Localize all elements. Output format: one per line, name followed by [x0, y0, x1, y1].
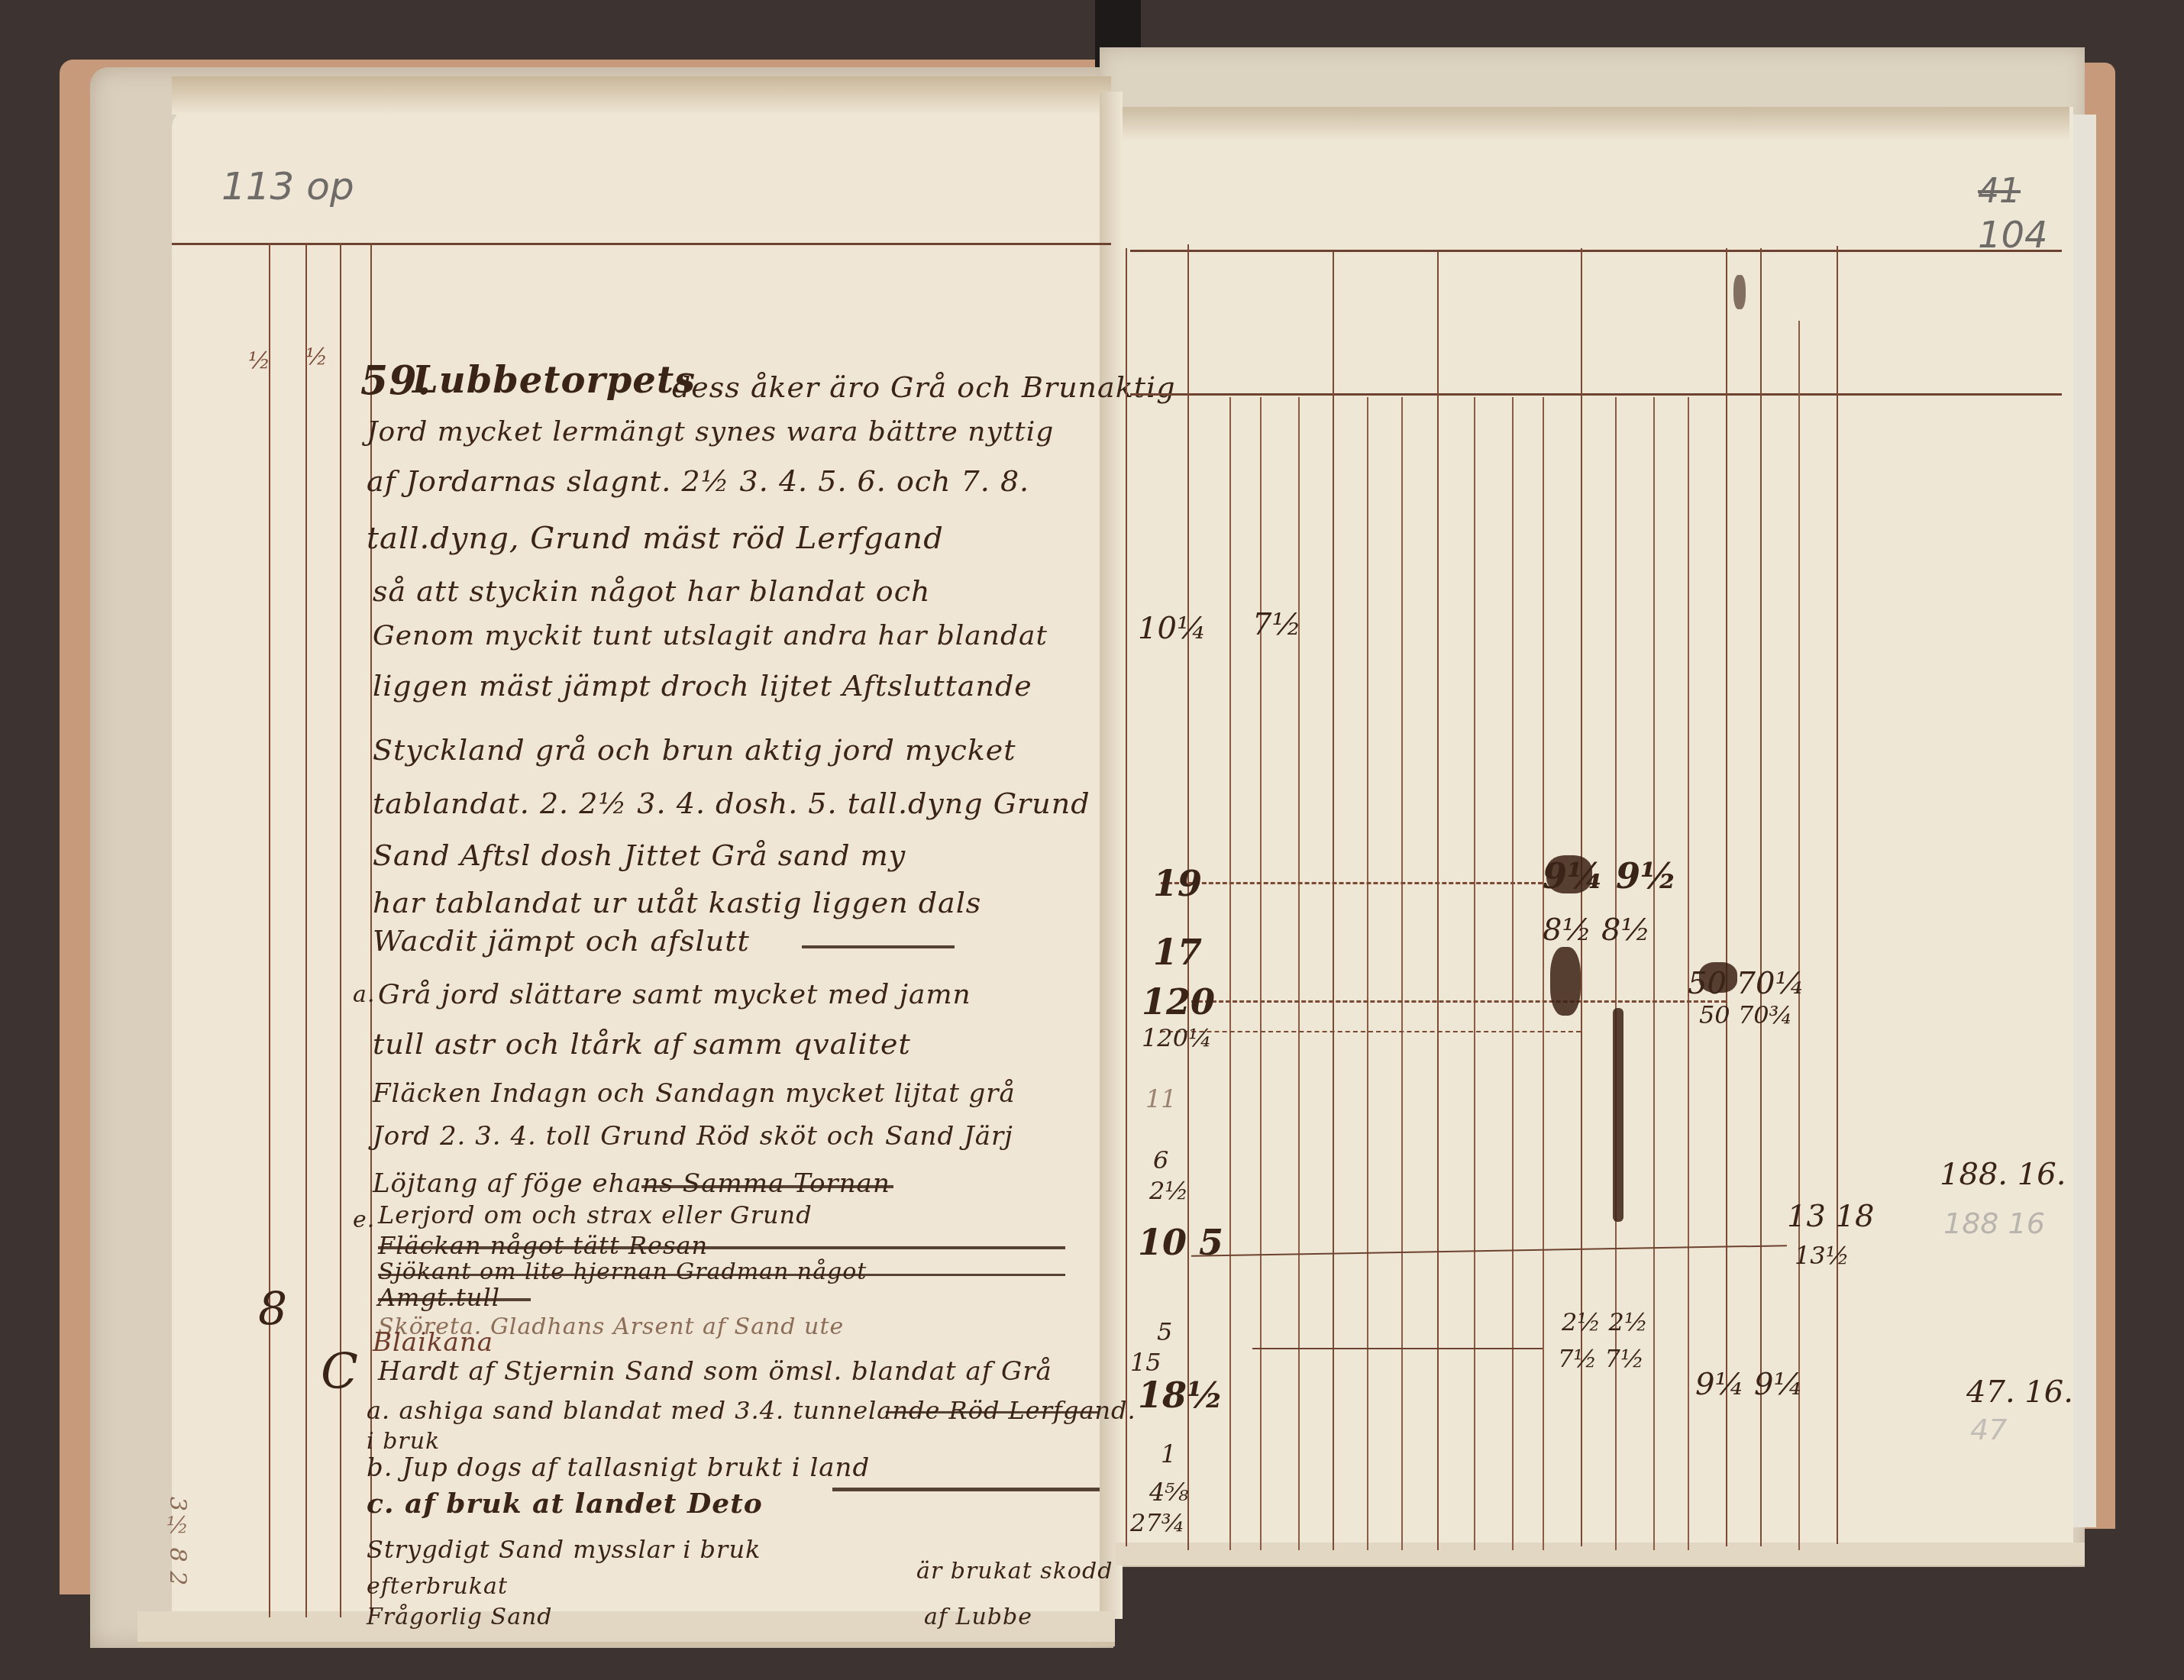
margin-fraction-2: ½: [305, 344, 328, 370]
text-line: Fläckan något tätt Resan: [378, 1231, 708, 1260]
left-page-top-stain: [172, 76, 1111, 115]
right-col-rule: [1760, 248, 1762, 1546]
right-col-rule: [1367, 397, 1368, 1550]
ink-drip: [1613, 1008, 1623, 1222]
right-col-rule: [1474, 397, 1475, 1550]
value-r3-c1: 17: [1153, 932, 1202, 973]
text-line: c. af bruk at landet Deto: [367, 1488, 763, 1520]
left-margin-rule-3: [340, 243, 341, 1617]
right-col-rule: [1653, 397, 1655, 1550]
value-r9-c1: 10 5: [1138, 1222, 1223, 1263]
margin-bottom-notes: 3½ 8 2: [164, 1497, 191, 1586]
value-r11-c1: 15: [1130, 1348, 1161, 1377]
margin-total-pencil-2: 47: [1970, 1413, 2007, 1446]
right-col-rule: [1615, 397, 1617, 1550]
strikethrough: [378, 1246, 1065, 1249]
strikethrough: [378, 1274, 1065, 1276]
text-line: Wacdit jämpt och afslutt: [373, 924, 750, 958]
value-r1-c2: 7½: [1252, 607, 1301, 642]
text-line: Fläcken Indagn och Sandagn mycket lijtat…: [373, 1078, 1016, 1109]
value-r4-right: 50 70¼: [1688, 966, 1804, 1001]
value-r1-c1: 10¼: [1138, 611, 1207, 646]
text-line: i bruk: [367, 1428, 440, 1455]
text-line: tall.dyng, Grund mäst röd Lerfgand: [367, 521, 944, 556]
text-line: så att styckin något har blandat och: [373, 574, 930, 608]
text-line: dess åker äro Grå och Brunaktig: [672, 370, 1176, 404]
text-line: Löjtang af föge ehans Samma Tornan: [373, 1168, 890, 1199]
value-r4-c1: 120: [1142, 981, 1215, 1023]
right-col-rule: [1543, 397, 1544, 1550]
text-line: efterbrukat: [367, 1573, 508, 1600]
margin-total-pencil-1: 188 16: [1943, 1207, 2045, 1240]
left-header-rule: [172, 243, 1111, 245]
text-line: Jord mycket lermängt synes wara bättre n…: [367, 416, 1054, 447]
margin-fraction-1: ½: [248, 347, 271, 374]
book-gutter: [1100, 92, 1123, 1619]
right-page: [1115, 107, 2073, 1554]
right-col-rule: [1126, 248, 1127, 1546]
pencil-folio-right: 104: [1978, 214, 2048, 257]
line-marker-c-large: C: [321, 1344, 359, 1401]
right-col-rule: [1298, 397, 1300, 1550]
left-margin-rule-1: [269, 243, 270, 1617]
value-r15-c1: 27¾: [1130, 1508, 1185, 1537]
right-col-rule: [1401, 397, 1403, 1550]
right-header-rule-bottom: [1130, 393, 2062, 396]
underline-stroke: [802, 945, 955, 948]
text-line: Grå jord slättare samt mycket med jamn: [378, 979, 971, 1010]
right-col-rule: [1837, 246, 1838, 1544]
pencil-folio-left: 113 op: [221, 164, 354, 208]
value-r14-c1: 4⅝: [1149, 1478, 1188, 1507]
value-r13-c1: 1: [1161, 1439, 1176, 1468]
right-col-rule: [1437, 252, 1439, 1550]
right-col-rule: [1726, 248, 1727, 1546]
text-line: Genom myckit tunt utslagit andra har bla…: [373, 620, 1048, 651]
text-line: Strygdigt Sand mysslar i bruk: [367, 1535, 761, 1564]
value-r5-right: 50 70¾: [1699, 1000, 1793, 1029]
ink-blot: [1550, 947, 1581, 1016]
right-header-rule-top: [1130, 250, 2062, 252]
text-line: Sjökant om lite hjernan Gradman något: [378, 1258, 867, 1285]
text-line: b. Jup dogs af tallasnigt brukt i land: [367, 1452, 870, 1483]
value-r2-c1: 19: [1153, 863, 1202, 904]
margin-total-1: 188. 16.: [1940, 1157, 2066, 1192]
right-col-rule: [1512, 397, 1514, 1550]
text-line: tablandat. 2. 2½ 3. 4. dosh. 5. tall.dyn…: [373, 787, 1090, 820]
text-line: Styckland grå och brun aktig jord mycket: [373, 733, 1016, 767]
bracket-note: af Lubbe: [924, 1604, 1032, 1630]
ditto-row: [1191, 1000, 1726, 1003]
text-line: Lerjord om och strax eller Grund: [378, 1200, 813, 1229]
text-line: af Jordarnas slagnt. 2½ 3. 4. 5. 6. och …: [367, 464, 1029, 498]
value-r12-c1: 18½: [1138, 1375, 1223, 1416]
text-line: Blaikana: [373, 1327, 493, 1358]
right-page-edge: [2073, 115, 2096, 1527]
value-r5-c1: 120¼: [1142, 1023, 1212, 1052]
text-line: har tablandat ur utåt kastig liggen dals: [373, 886, 981, 919]
dash-stroke: [886, 1411, 1100, 1413]
margin-total-2: 47. 16.: [1966, 1375, 2073, 1410]
line-marker-a: a.: [353, 981, 375, 1008]
text-line: Frågorlig Sand: [367, 1604, 553, 1630]
right-col-rule: [1798, 321, 1800, 1550]
ditto-row: [1161, 882, 1543, 884]
margin-bottom-mark: 8: [258, 1283, 288, 1336]
strikethrough: [641, 1185, 893, 1188]
line-marker-e: e.: [353, 1207, 375, 1233]
text-line: a. ashiga sand blandat med 3.4. tunnelan…: [367, 1396, 1136, 1425]
right-col-rule: [1260, 397, 1262, 1550]
right-col-rule: [1229, 397, 1231, 1550]
ditto-row: [1161, 1031, 1581, 1032]
text-line: tull astr och ltårk af samm qvalitet: [373, 1027, 911, 1061]
ink-mark: [1733, 275, 1746, 309]
text-line: liggen mäst jämpt droch lijtet Aftslutta…: [373, 669, 1032, 703]
value-r12-right: 9¼ 9¼: [1695, 1367, 1803, 1402]
strikethrough: [378, 1298, 531, 1301]
value-r7-c1: 6: [1153, 1145, 1168, 1174]
bracket-note: är brukat skodd: [916, 1558, 1113, 1585]
text-line: Jord 2. 3. 4. toll Grund Röd sköt och Sa…: [373, 1121, 1013, 1152]
text-line: Sand Aftsl dosh Jittet Grå sand my: [373, 838, 906, 872]
value-r10-mid: 2½ 2½: [1562, 1307, 1648, 1336]
value-r8-c1: 2½: [1149, 1176, 1188, 1205]
left-margin-rule-2: [305, 243, 307, 1617]
right-page-top-stain: [1115, 107, 2069, 141]
value-r10-c1: 5: [1157, 1317, 1172, 1346]
dash-stroke: [832, 1488, 1100, 1491]
entry-heading: Lubbetorpets: [412, 359, 696, 402]
value-r9-far2: 13½: [1795, 1241, 1850, 1270]
right-col-rule: [1333, 252, 1334, 1550]
connector-line: [1252, 1348, 1543, 1349]
value-r3-mid: 8½ 8½: [1543, 913, 1650, 948]
value-r6-c1: 11: [1145, 1084, 1177, 1113]
text-line: Hardt af Stjernin Sand som ömsl. blandat…: [378, 1356, 1052, 1387]
pencil-folio-struck: 41: [1978, 172, 2021, 211]
value-r9-far: 13 18: [1787, 1199, 1875, 1234]
text-line: Amgt.tull: [378, 1283, 500, 1312]
value-r11-mid: 7½ 7½: [1558, 1344, 1644, 1373]
value-r2-mid: 9¼ 9½: [1543, 855, 1677, 897]
